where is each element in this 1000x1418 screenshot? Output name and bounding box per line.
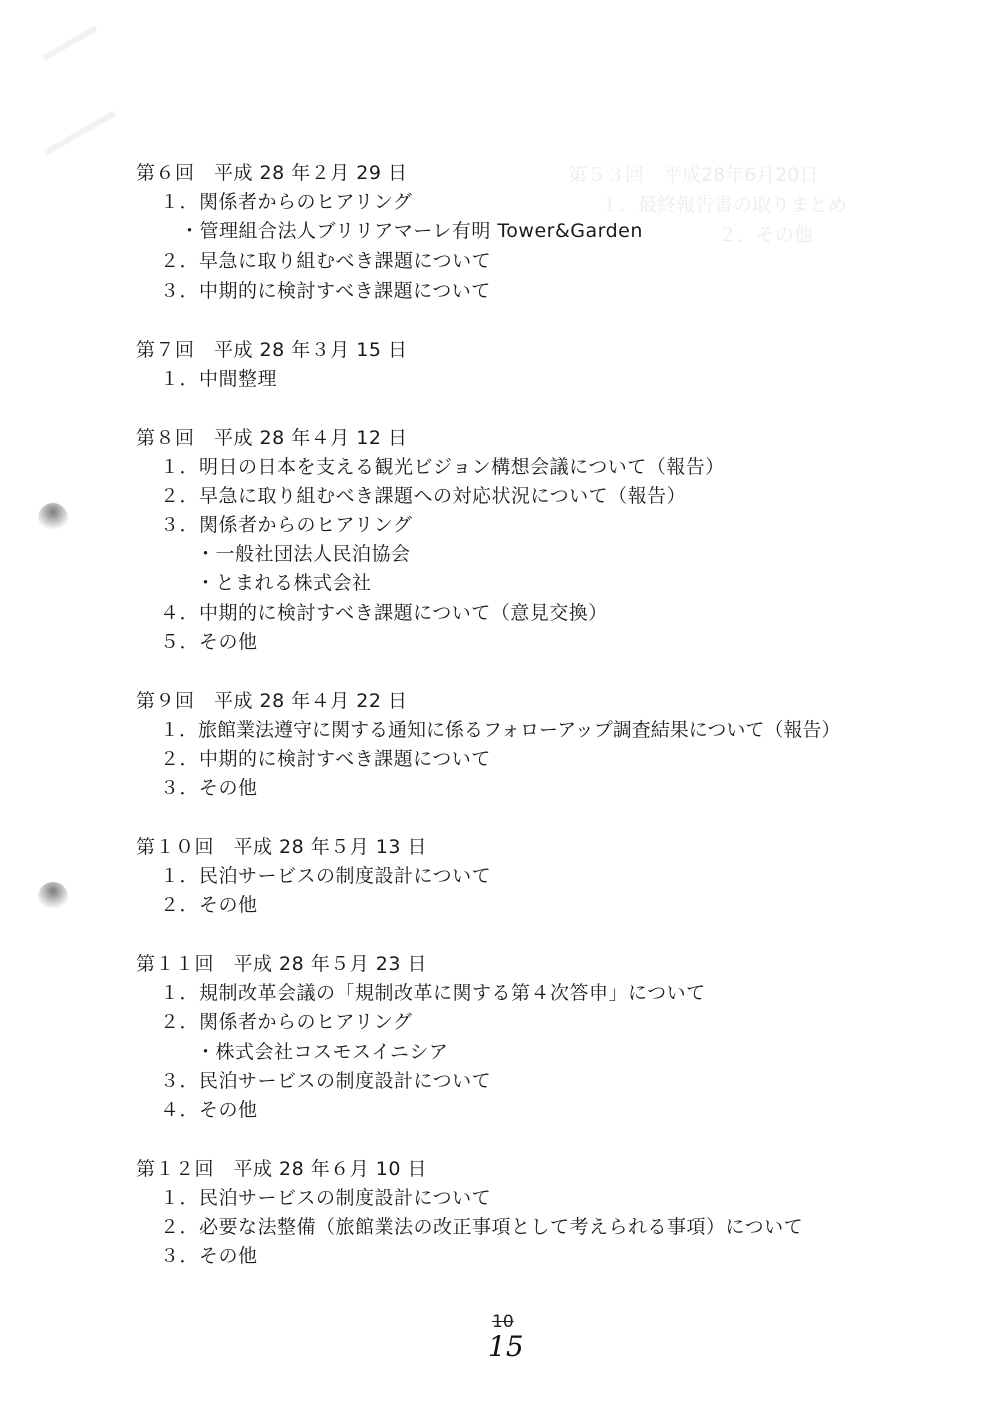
punch-hole-bottom	[38, 882, 68, 912]
agenda-item: ２．その他	[160, 893, 258, 917]
bleed-through-line: 第５３回 平成28年6月20日	[568, 163, 818, 187]
agenda-item: ２．早急に取り組むべき課題について	[160, 249, 491, 273]
agenda-item: ５．その他	[160, 630, 258, 654]
agenda-item: １．関係者からのヒアリング	[160, 190, 412, 214]
agenda-item: ２．必要な法整備（旅館業法の改正事項として考えられる事項）について	[160, 1215, 803, 1239]
agenda-item: ４．その他	[160, 1098, 258, 1122]
agenda-item: ４．中期的に検討すべき課題について（意見交換）	[160, 601, 608, 625]
page-number-handwritten: 15	[488, 1330, 524, 1363]
agenda-subitem: ・株式会社コスモスイニシア	[196, 1040, 448, 1064]
session-heading: 第１０回 平成 28 年５月 13 日	[136, 835, 427, 859]
agenda-item: ３．中期的に検討すべき課題について	[160, 279, 491, 303]
scan-smudge	[43, 25, 98, 60]
agenda-item: １．規制改革会議の「規制改革に関する第４次答申」について	[160, 981, 706, 1005]
session-heading: 第１２回 平成 28 年６月 10 日	[136, 1157, 427, 1181]
scan-smudge	[44, 110, 116, 155]
agenda-item: １．旅館業法遵守に関する通知に係るフォローアップ調査結果について（報告）	[160, 718, 840, 742]
agenda-item: １．民泊サービスの制度設計について	[160, 1186, 491, 1210]
agenda-item: ２．中期的に検討すべき課題について	[160, 747, 491, 771]
agenda-subitem: ・とまれる株式会社	[196, 571, 372, 595]
session-heading: 第８回 平成 28 年４月 12 日	[136, 426, 408, 450]
page-number-struck: 10	[492, 1312, 514, 1332]
session-heading: 第６回 平成 28 年２月 29 日	[136, 161, 408, 185]
agenda-item: １．明日の日本を支える観光ビジョン構想会議について（報告）	[160, 455, 725, 479]
session-heading: 第９回 平成 28 年４月 22 日	[136, 689, 408, 713]
agenda-item: ２．早急に取り組むべき課題への対応状況について（報告）	[160, 484, 686, 508]
agenda-subitem: ・一般社団法人民泊協会	[196, 542, 411, 566]
agenda-item: １．民泊サービスの制度設計について	[160, 864, 491, 888]
agenda-item: １．中間整理	[160, 367, 277, 391]
agenda-subitem: ・管理組合法人ブリリアマーレ有明 Tower&Garden	[180, 219, 643, 243]
agenda-item: ３．民泊サービスの制度設計について	[160, 1069, 491, 1093]
agenda-item: ２．関係者からのヒアリング	[160, 1010, 412, 1034]
agenda-item: ３．その他	[160, 776, 258, 800]
agenda-item: ３．その他	[160, 1244, 258, 1268]
session-heading: 第１１回 平成 28 年５月 23 日	[136, 952, 427, 976]
session-heading: 第７回 平成 28 年３月 15 日	[136, 338, 408, 362]
bleed-through-line: １．最終報告書の取りまとめ	[600, 193, 847, 217]
document-page: 第５３回 平成28年6月20日 １．最終報告書の取りまとめ ２．その他 第６回 …	[0, 0, 1000, 1418]
punch-hole-top	[38, 503, 68, 533]
agenda-item: ３．関係者からのヒアリング	[160, 513, 412, 537]
bleed-through-line: ２．その他	[718, 223, 813, 247]
